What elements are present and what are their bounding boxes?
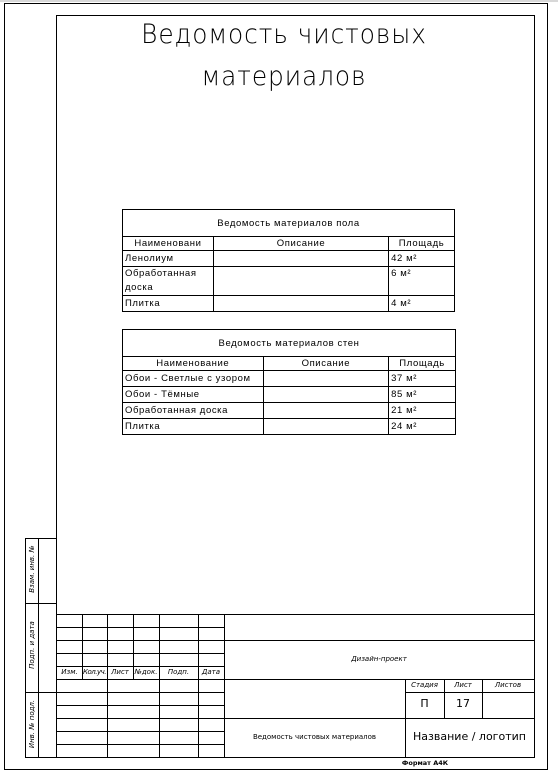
header-ndok: №док.: [133, 668, 159, 676]
cell-area: 4 м²: [389, 296, 455, 312]
cell-name: Обработанная доска: [123, 403, 264, 419]
cell-area: 42 м²: [389, 251, 455, 267]
tb-line: [56, 614, 535, 615]
column-header-description: Описание: [213, 237, 388, 251]
wall-schedule-table: Ведомость материалов стен Наименование О…: [122, 329, 456, 435]
tb-line: [159, 614, 160, 758]
cell-description: [263, 419, 389, 435]
cell-description: [263, 387, 389, 403]
floor-schedule-table: Ведомость материалов пола Наименовани Оп…: [122, 209, 455, 312]
project-title: Дизайн-проект: [224, 655, 534, 663]
stage-label: Стадия: [405, 681, 444, 689]
cell-description: [263, 403, 389, 419]
cell-description: [213, 251, 388, 267]
cell-name: Плитка: [123, 296, 214, 312]
page-title-line1: Ведомость чистовых: [115, 14, 454, 56]
floor-schedule-caption: Ведомость материалов пола: [123, 210, 455, 237]
cell-name: Плитка: [123, 419, 264, 435]
header-podp: Подп.: [159, 668, 198, 676]
sheet-value: 17: [444, 697, 482, 710]
side-stamp-divider: [38, 538, 39, 758]
cell-area: 6 м²: [389, 267, 455, 296]
tb-line: [56, 640, 535, 641]
sheet-name: Ведомость чистовых материалов: [224, 733, 405, 741]
table-row: Плитка 4 м²: [123, 296, 455, 312]
format-label: Формат А4К: [400, 759, 450, 767]
tb-line: [107, 614, 108, 758]
sheets-label: Листов: [482, 681, 534, 689]
table-row: Обработанная доска 21 м²: [123, 403, 456, 419]
cell-description: [213, 267, 388, 296]
cell-name: Ленолиум: [123, 251, 214, 267]
label-vzam-inv: Взам. инв. №: [28, 534, 36, 604]
page-title-line2: материалов: [115, 56, 454, 98]
cell-area: 85 м²: [389, 387, 456, 403]
column-header-area: Площадь: [389, 357, 456, 371]
header-kol-uch: Кол.уч.: [82, 668, 107, 676]
table-row: Обои - Тёмные 85 м²: [123, 387, 456, 403]
table-row: Плитка 24 м²: [123, 419, 456, 435]
header-list: Лист: [107, 668, 133, 676]
cell-name: Обои - Светлые с узором: [123, 371, 264, 387]
cell-area: 21 м²: [389, 403, 456, 419]
column-header-area: Площадь: [389, 237, 455, 251]
table-row: Ленолиум 42 м²: [123, 251, 455, 267]
tb-line: [198, 614, 199, 758]
cell-name: Обработанная доска: [123, 267, 214, 296]
table-row: Обои - Светлые с узором 37 м²: [123, 371, 456, 387]
label-inv-podl: Инв. № подл.: [28, 689, 36, 759]
wall-schedule-caption: Ведомость материалов стен: [123, 330, 456, 357]
company-logo-placeholder: Название / логотип: [405, 730, 534, 743]
sheet-label: Лист: [444, 681, 482, 689]
cell-description: [263, 371, 389, 387]
column-header-name: Наименование: [123, 357, 264, 371]
cell-description: [213, 296, 388, 312]
cell-area: 24 м²: [389, 419, 456, 435]
column-header-description: Описание: [263, 357, 389, 371]
stage-value: П: [405, 697, 444, 710]
cell-name: Обои - Тёмные: [123, 387, 264, 403]
cell-area: 37 м²: [389, 371, 456, 387]
label-podp-data: Подп. и дата: [28, 610, 36, 680]
tb-line: [405, 692, 535, 693]
tb-line: [56, 718, 535, 719]
tb-line: [56, 679, 535, 680]
column-header-name: Наименовани: [123, 237, 214, 251]
header-izm: Изм.: [57, 668, 82, 676]
top-edge: [0, 0, 558, 2]
header-data: Дата: [198, 668, 224, 676]
page-title: Ведомость чистовых материалов: [115, 14, 454, 98]
table-row: Обработанная доска 6 м²: [123, 267, 455, 296]
tb-line: [405, 679, 406, 758]
